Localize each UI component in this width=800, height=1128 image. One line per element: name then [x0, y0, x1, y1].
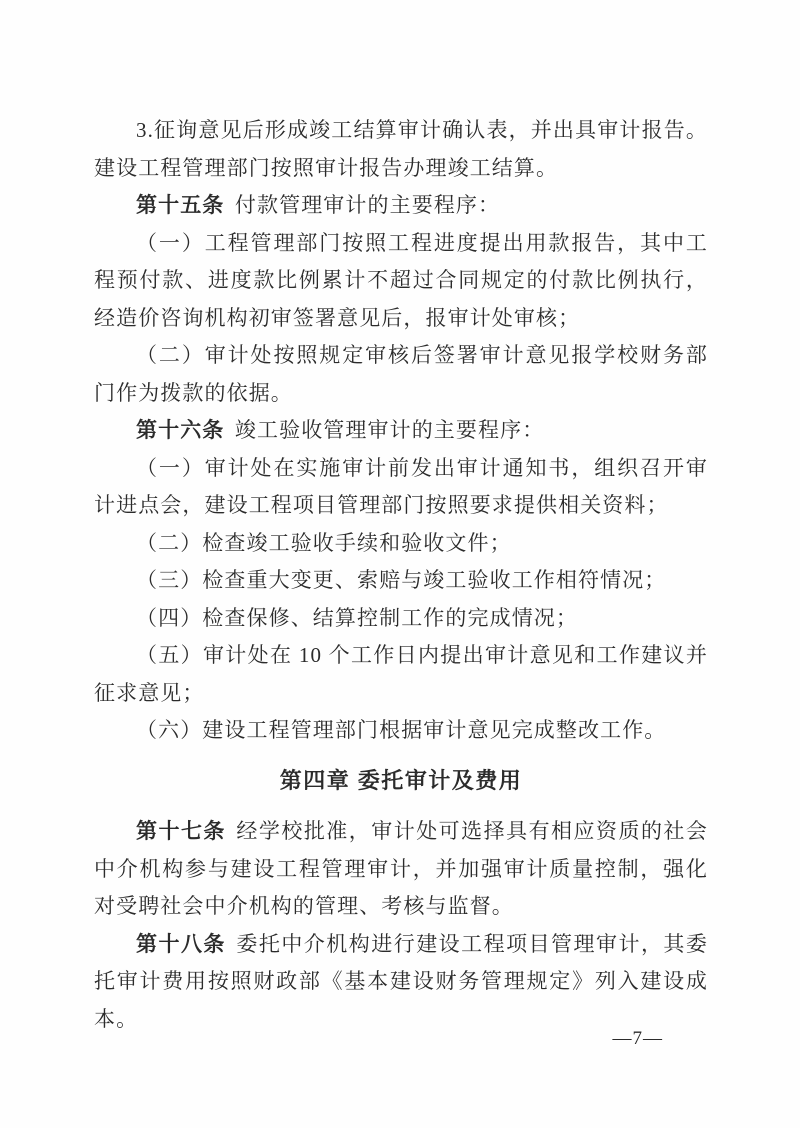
page-number: —7— [613, 1028, 664, 1050]
paragraph-acceptance-item-3: （三）检查重大变更、索赔与竣工验收工作相符情况； [94, 562, 708, 600]
paragraph-acceptance-item-2: （二）检查竣工验收手续和验收文件； [94, 525, 708, 563]
article-15-text: 付款管理审计的主要程序： [235, 193, 500, 217]
chapter-heading: 第四章 委托审计及费用 [94, 762, 708, 800]
article-15-label: 第十五条 [136, 194, 224, 217]
article-16-label: 第十六条 [136, 419, 224, 442]
paragraph-acceptance-item-4: （四）检查保修、结算控制工作的完成情况； [94, 600, 708, 638]
paragraph-settlement-confirmation: 3.征询意见后形成竣工结算审计确认表，并出具审计报告。建设工程管理部门按照审计报… [94, 112, 708, 187]
document-page: 3.征询意见后形成竣工结算审计确认表，并出具审计报告。建设工程管理部门按照审计报… [0, 0, 800, 1128]
paragraph-acceptance-item-5: （五）审计处在 10 个工作日内提出审计意见和工作建议并征求意见； [94, 637, 708, 712]
article-17-label: 第十七条 [136, 820, 226, 843]
paragraph-article-18: 第十八条委托中介机构进行建设工程项目管理审计，其委托审计费用按照财政部《基本建设… [94, 926, 708, 1039]
article-16-text: 竣工验收管理审计的主要程序： [235, 418, 544, 442]
paragraph-article-17: 第十七条经学校批准，审计处可选择具有相应资质的社会中介机构参与建设工程管理审计，… [94, 813, 708, 926]
document-body: 3.征询意见后形成竣工结算审计确认表，并出具审计报告。建设工程管理部门按照审计报… [94, 112, 708, 1038]
paragraph-article-15: 第十五条付款管理审计的主要程序： [94, 187, 708, 225]
paragraph-acceptance-item-6: （六）建设工程管理部门根据审计意见完成整改工作。 [94, 712, 708, 750]
paragraph-acceptance-item-1: （一）审计处在实施审计前发出审计通知书，组织召开审计进点会，建设工程项目管理部门… [94, 450, 708, 525]
paragraph-payment-item-2: （二）审计处按照规定审核后签署审计意见报学校财务部门作为拨款的依据。 [94, 337, 708, 412]
article-18-label: 第十八条 [136, 933, 226, 956]
paragraph-article-16: 第十六条竣工验收管理审计的主要程序： [94, 412, 708, 450]
paragraph-payment-item-1: （一）工程管理部门按照工程进度提出用款报告，其中工程预付款、进度款比例累计不超过… [94, 225, 708, 338]
